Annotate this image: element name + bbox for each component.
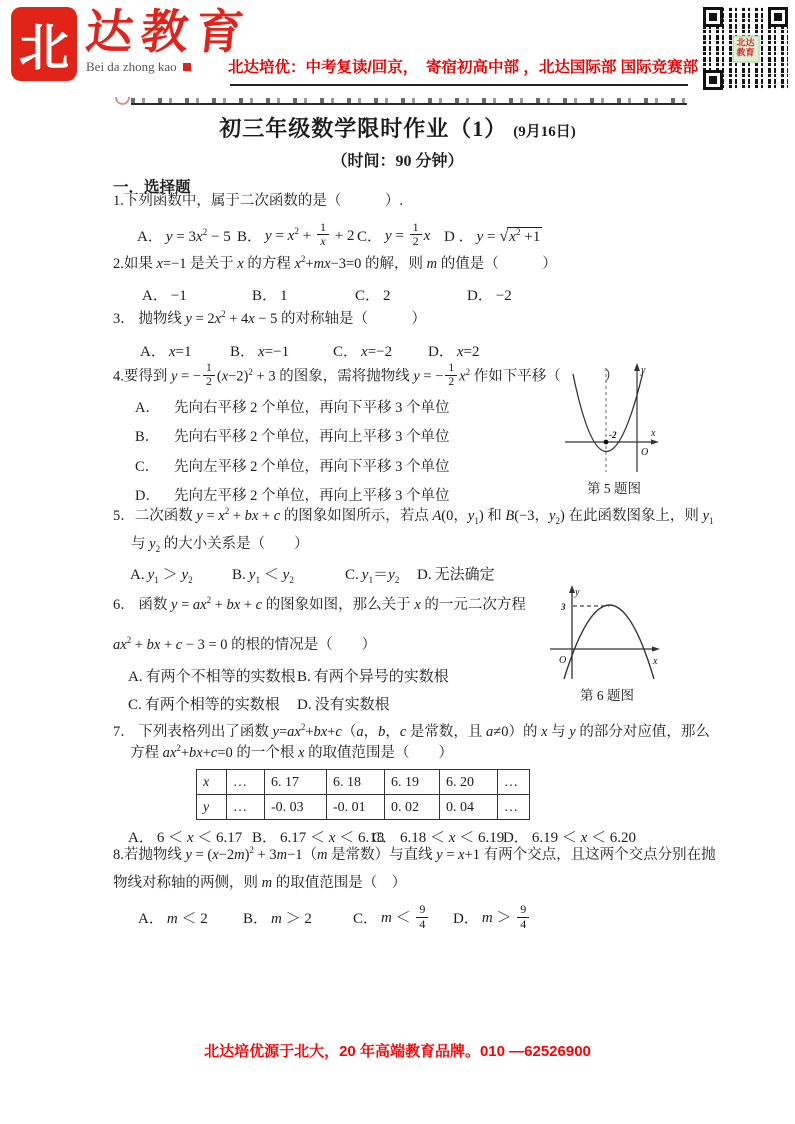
option-1c: C．y = 12x bbox=[357, 223, 444, 250]
brand-subtext-label: Bei da zhong kao bbox=[86, 59, 177, 75]
table-row-x: x … 6. 17 6. 18 6. 19 6. 20 … bbox=[197, 770, 530, 795]
option-6a: A.有两个不相等的实数根 bbox=[128, 666, 297, 689]
option-6b: B.有两个异号的实数根 bbox=[297, 666, 449, 689]
option-1d: D ．y = √x2 +1 bbox=[444, 226, 542, 249]
table-row-y: y … -0. 03 -0. 01 0. 02 0. 04 … bbox=[197, 795, 530, 820]
question-5-stem-line2: 与 y2 的大小关系是（ ） bbox=[113, 531, 733, 559]
question-6-options-row2: C.有两个相等的实数根 D.没有实数根 bbox=[113, 694, 583, 717]
question-1-stem: 1.下列函数中，属于二次函数的是（ ）. bbox=[113, 191, 713, 213]
question-6-options-row1: A.有两个不相等的实数根 B.有两个异号的实数根 bbox=[113, 666, 583, 689]
question-5-stem-line1: 5．二次函数 y = x2 + bx + c 的图象如图所示，若点 A(0，y1… bbox=[113, 503, 733, 531]
option-5c: C.y1＝y2 bbox=[345, 564, 417, 587]
question-1: 1.下列函数中，属于二次函数的是（ ）. A．y = 3x2 − 5 B．y =… bbox=[113, 191, 713, 261]
question-8: 8.若抛物线 y = (x−2m)2 + 3m−1（m 是常数）与直线 y = … bbox=[113, 842, 733, 939]
option-8a: A．m ＜ 2 bbox=[138, 908, 243, 931]
question-7: 7． 下列表格列出了函数 y=ax2+bx+c（a，b，c 是常数，且 a≠0）… bbox=[113, 722, 713, 850]
qr-center-logo: 北达 教育 bbox=[732, 35, 759, 62]
option-6d: D.没有实数根 bbox=[297, 694, 390, 717]
value-table: x … 6. 17 6. 18 6. 19 6. 20 … y … -0. 03… bbox=[196, 769, 530, 820]
question-7-stem-line1: 7． 下列表格列出了函数 y=ax2+bx+c（a，b，c 是常数，且 a≠0）… bbox=[113, 722, 713, 743]
option-3c: C．x=−2 bbox=[333, 341, 428, 364]
logo-seal-char: 北 bbox=[19, 8, 69, 80]
qr-finder-top-left bbox=[703, 7, 723, 27]
option-5a: A.y1 ＞ y2 bbox=[130, 564, 232, 587]
footer-slogan: 北达培优源于北大，20 年高端教育品牌。010 —62526900 bbox=[0, 1040, 795, 1061]
option-8c: C．m ＜ 94 bbox=[353, 905, 453, 932]
option-2a: A．−1 bbox=[142, 285, 252, 308]
header-divider bbox=[230, 84, 688, 86]
question-3-stem: 3． 抛物线 y = 2x2 + 4x − 5 的对称轴是（ ） bbox=[113, 309, 713, 331]
cropped-text-line bbox=[131, 94, 687, 105]
doc-title-date: (9月16日) bbox=[513, 124, 576, 140]
qr-finder-bottom-left bbox=[703, 70, 723, 90]
option-6c: C.有两个相等的实数根 bbox=[128, 694, 297, 717]
figure-question-5: -2 O y x 第 5 题图 bbox=[563, 360, 665, 497]
option-8d: D．m ＞ 94 bbox=[453, 905, 531, 932]
fig5-vertex-label: -2 bbox=[609, 430, 617, 440]
logo-seal: 北 bbox=[12, 8, 76, 80]
option-2d: D．−2 bbox=[467, 285, 512, 308]
qr-code-icon: 北达 教育 bbox=[702, 6, 789, 91]
fig5-y-label: y bbox=[640, 365, 646, 376]
fig5-graph: -2 O y x bbox=[563, 360, 663, 476]
doc-title-main: 初三年级数学限时作业（1） bbox=[219, 116, 507, 141]
question-5: 5．二次函数 y = x2 + bx + c 的图象如图所示，若点 A(0，y1… bbox=[113, 503, 733, 587]
qr-center-line2: 教育 bbox=[736, 49, 754, 59]
worksheet-page: 北 达教育 Bei da zhong kao 北达培优：中考复读/回京， 寄宿初… bbox=[0, 0, 795, 1124]
question-2: 2.如果 x=−1 是关于 x 的方程 x2+mx−3=0 的解，则 m 的值是… bbox=[113, 254, 713, 307]
question-6-stem-line2: ax2 + bx + c − 3 = 0 的根的情况是（ ） bbox=[113, 635, 583, 657]
question-6: 6． 函数 y = ax2 + bx + c 的图象如图，那么关于 x 的一元二… bbox=[113, 595, 583, 717]
cropped-stamp-mark bbox=[115, 97, 130, 105]
option-5d: D.无法确定 bbox=[417, 564, 495, 587]
question-3: 3． 抛物线 y = 2x2 + 4x − 5 的对称轴是（ ） A．x=1 B… bbox=[113, 309, 713, 363]
brand-subtext: Bei da zhong kao bbox=[86, 59, 251, 75]
doc-subtitle: （时间：90 分钟） bbox=[0, 148, 795, 171]
question-2-stem: 2.如果 x=−1 是关于 x 的方程 x2+mx−3=0 的解，则 m 的值是… bbox=[113, 254, 713, 276]
doc-title: 初三年级数学限时作业（1） (9月16日) bbox=[0, 112, 795, 143]
qr-finder-top-right bbox=[768, 7, 788, 27]
option-2c: C．2 bbox=[355, 285, 467, 308]
fig6-x-label: x bbox=[652, 656, 658, 667]
question-2-options: A．−1 B．1 C．2 D．−2 bbox=[113, 285, 713, 308]
option-3d: D．x=2 bbox=[428, 341, 479, 364]
fig5-x-label: x bbox=[650, 428, 656, 439]
option-8b: B．m ＞ 2 bbox=[243, 908, 353, 931]
option-2b: B．1 bbox=[252, 285, 355, 308]
option-1a: A．y = 3x2 − 5 bbox=[137, 226, 237, 249]
brand-text: 达教育 bbox=[83, 8, 253, 57]
option-3a: A．x=1 bbox=[140, 341, 230, 364]
question-8-stem-line1: 8.若抛物线 y = (x−2m)2 + 3m−1（m 是常数）与直线 y = … bbox=[113, 842, 733, 870]
red-square-icon bbox=[183, 63, 191, 71]
fig5-caption: 第 5 题图 bbox=[563, 477, 665, 497]
question-7-stem-line2: 方程 ax2+bx+c=0 的一个根 x 的取值范围是（ ） bbox=[113, 743, 713, 764]
option-5b: B.y1 ＜ y2 bbox=[232, 564, 345, 587]
question-8-options: A．m ＜ 2 B．m ＞ 2 C．m ＜ 94 D．m ＞ 94 bbox=[113, 899, 733, 939]
question-8-stem-line2: 物线对称轴的两侧，则 m 的取值范围是（ ） bbox=[113, 870, 733, 898]
option-3b: B．x=−1 bbox=[230, 341, 333, 364]
fig5-origin-label: O bbox=[641, 447, 648, 458]
question-6-stem-line1: 6． 函数 y = ax2 + bx + c 的图象如图，那么关于 x 的一元二… bbox=[113, 595, 583, 617]
option-1b: B．y = x2 + 1x + 2 bbox=[237, 223, 357, 250]
header-slogan: 北达培优：中考复读/回京， 寄宿初高中部 ，北达国际部 国际竞赛部 bbox=[228, 55, 698, 77]
brand-logo: 北 达教育 Bei da zhong kao bbox=[12, 8, 251, 80]
